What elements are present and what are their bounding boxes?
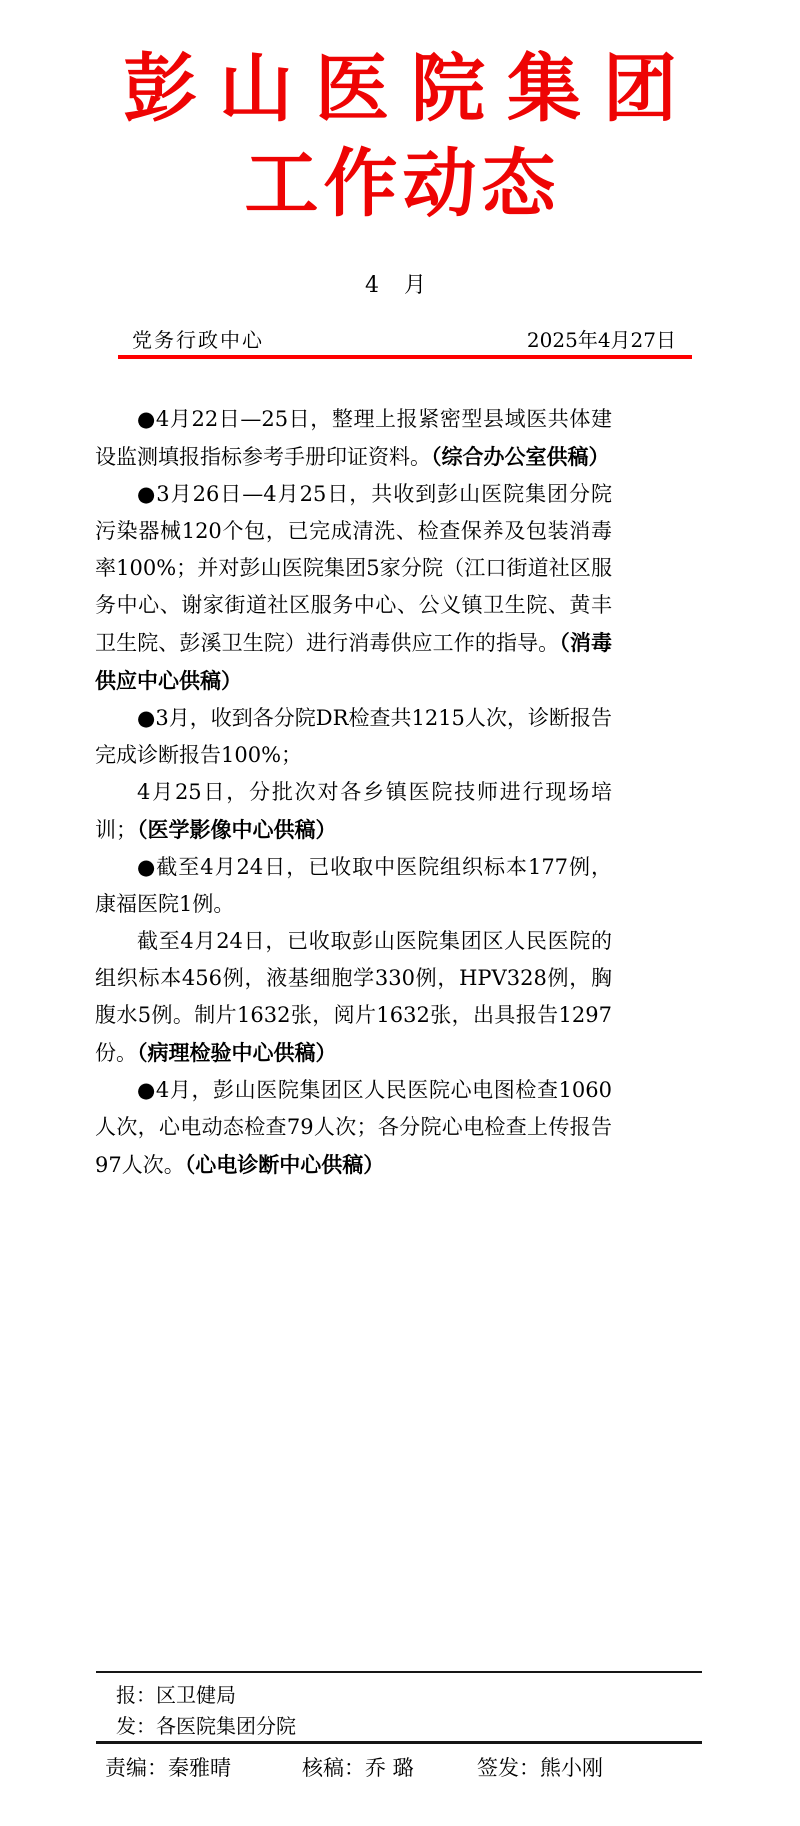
paragraph: ●4月，彭山医院集团区人民医院心电图检查1060人次，心电动态检查79人次；各分… [95,1072,612,1184]
contributor-credit: （医学影像中心供稿） [137,817,337,842]
paragraph: ●3月，收到各分院DR检查共1215人次，诊断报告完成诊断报告100%； [95,700,612,774]
footer-report-to: 报：区卫健局 [116,1679,236,1708]
header-red-rule [118,355,692,359]
bulletin-title-line2: 工作动态 [5,138,800,230]
footer-rule-bottom [96,1741,702,1744]
paragraph-text: ●3月26日—4月25日，共收到彭山医院集团分院污染器械120个包，已完成清洗、… [95,482,612,655]
issuing-department: 党务行政中心 [118,324,264,353]
issue-month: 4 月 [0,268,800,299]
bulletin-page: 彭山医院集团 工作动态 4 月 党务行政中心 2025年4月27日 ●4月22日… [0,0,800,1826]
paragraph-text: ●截至4月24日，已收取中医院组织标本177例，康福医院1例。 [95,855,612,916]
paragraph: 4月25日，分批次对各乡镇医院技师进行现场培训；（医学影像中心供稿） [95,774,612,849]
paragraph-text: ●3月，收到各分院DR检查共1215人次，诊断报告完成诊断报告100%； [95,706,612,767]
bulletin-title-line1: 彭山医院集团 [22,40,800,138]
masthead: 彭山医院集团 工作动态 [0,40,800,230]
contributor-credit: （综合办公室供稿） [431,444,610,469]
contributor-credit: （心电诊断中心供稿） [185,1152,385,1177]
footer-distributed-to: 发：各医院集团分院 [116,1710,296,1739]
body-paragraphs: ●4月22日—25日，整理上报紧密型县域医共体建设监测填报指标参考手册印证资料。… [95,401,612,1184]
paragraph: ●4月22日—25日，整理上报紧密型县域医共体建设监测填报指标参考手册印证资料。… [95,401,612,476]
paragraph: ●3月26日—4月25日，共收到彭山医院集团分院污染器械120个包，已完成清洗、… [95,476,612,700]
contributor-credit: （病理检验中心供稿） [137,1040,337,1065]
footer-rule-top [96,1671,702,1673]
footer-reviewer: 核稿：乔 璐 [302,1752,414,1782]
header-row: 党务行政中心 2025年4月27日 [118,324,692,353]
issue-date: 2025年4月27日 [527,324,692,353]
footer-editor: 责编：秦雅晴 [105,1752,231,1782]
paragraph: ●截至4月24日，已收取中医院组织标本177例，康福医院1例。 [95,849,612,923]
footer-issuer: 签发：熊小刚 [477,1752,603,1782]
paragraph: 截至4月24日，已收取彭山医院集团区人民医院的组织标本456例，液基细胞学330… [95,923,612,1072]
